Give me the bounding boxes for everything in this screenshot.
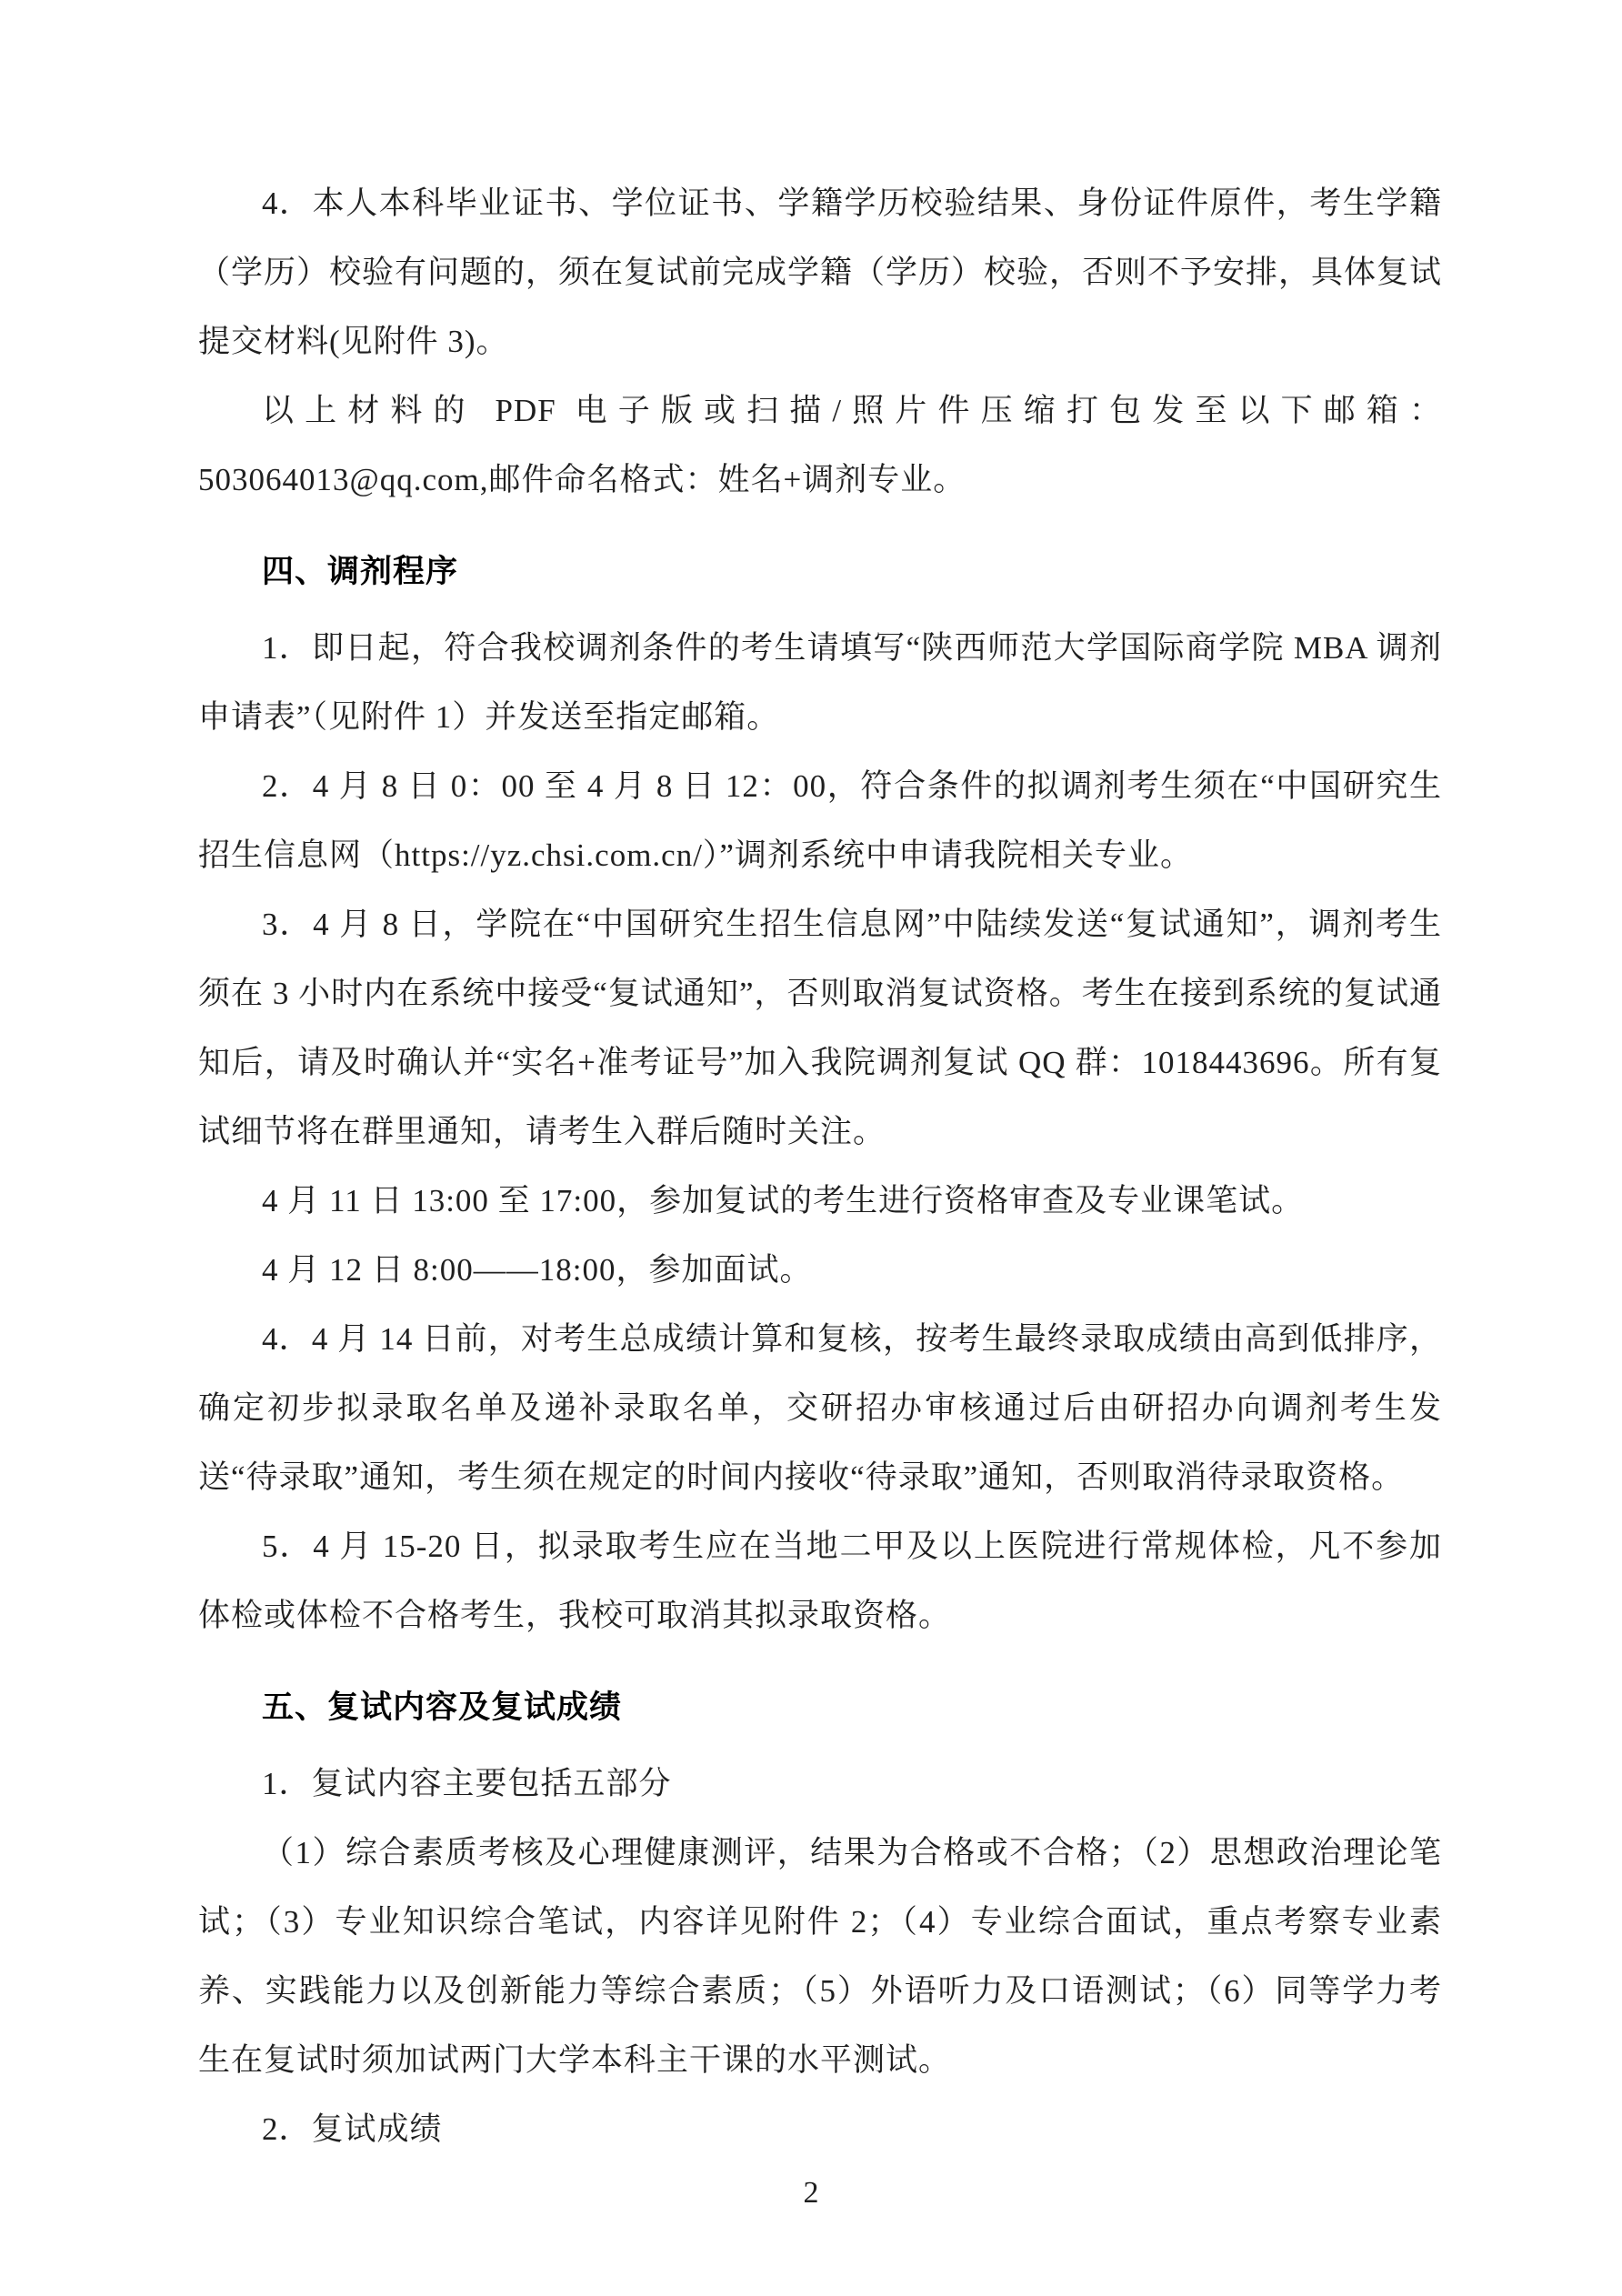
paragraph: 2．4 月 8 日 0：00 至 4 月 8 日 12：00，符合条件的拟调剂考… xyxy=(198,752,1442,890)
paragraph: 4．本人本科毕业证书、学位证书、学籍学历校验结果、身份证件原件，考生学籍（学历）… xyxy=(198,169,1442,376)
document-page: 4．本人本科毕业证书、学位证书、学籍学历校验结果、身份证件原件，考生学籍（学历）… xyxy=(0,0,1622,2296)
paragraph: （1）综合素质考核及心理健康测评，结果为合格或不合格；（2）思想政治理论笔试；（… xyxy=(198,1819,1442,2095)
paragraph: 4．4 月 14 日前，对考生总成绩计算和复核，按考生最终录取成绩由高到低排序，… xyxy=(198,1305,1442,1512)
paragraph: 5．4 月 15-20 日，拟录取考生应在当地二甲及以上医院进行常规体检，凡不参… xyxy=(198,1512,1442,1650)
section-heading: 五、复试内容及复试成绩 xyxy=(198,1673,1442,1742)
page-number: 2 xyxy=(0,2171,1622,2215)
paragraph: 3．4 月 8 日，学院在“中国研究生招生信息网”中陆续发送“复试通知”，调剂考… xyxy=(198,890,1442,1167)
section-heading: 四、调剂程序 xyxy=(198,537,1442,607)
paragraph: 以上材料的 PDF 电子版或扫描/照片件压缩打包发至以下邮箱：503064013… xyxy=(198,376,1442,515)
paragraph: 4 月 12 日 8:00——18:00，参加面试。 xyxy=(198,1236,1442,1305)
paragraph: 4 月 11 日 13:00 至 17:00，参加复试的考生进行资格审查及专业课… xyxy=(198,1167,1442,1236)
paragraph: 1．即日起，符合我校调剂条件的考生请填写“陕西师范大学国际商学院 MBA 调剂申… xyxy=(198,614,1442,752)
paragraph: 2．复试成绩 xyxy=(198,2095,1442,2164)
paragraph: 1．复试内容主要包括五部分 xyxy=(198,1750,1442,1819)
document-body: 4．本人本科毕业证书、学位证书、学籍学历校验结果、身份证件原件，考生学籍（学历）… xyxy=(198,169,1442,2164)
